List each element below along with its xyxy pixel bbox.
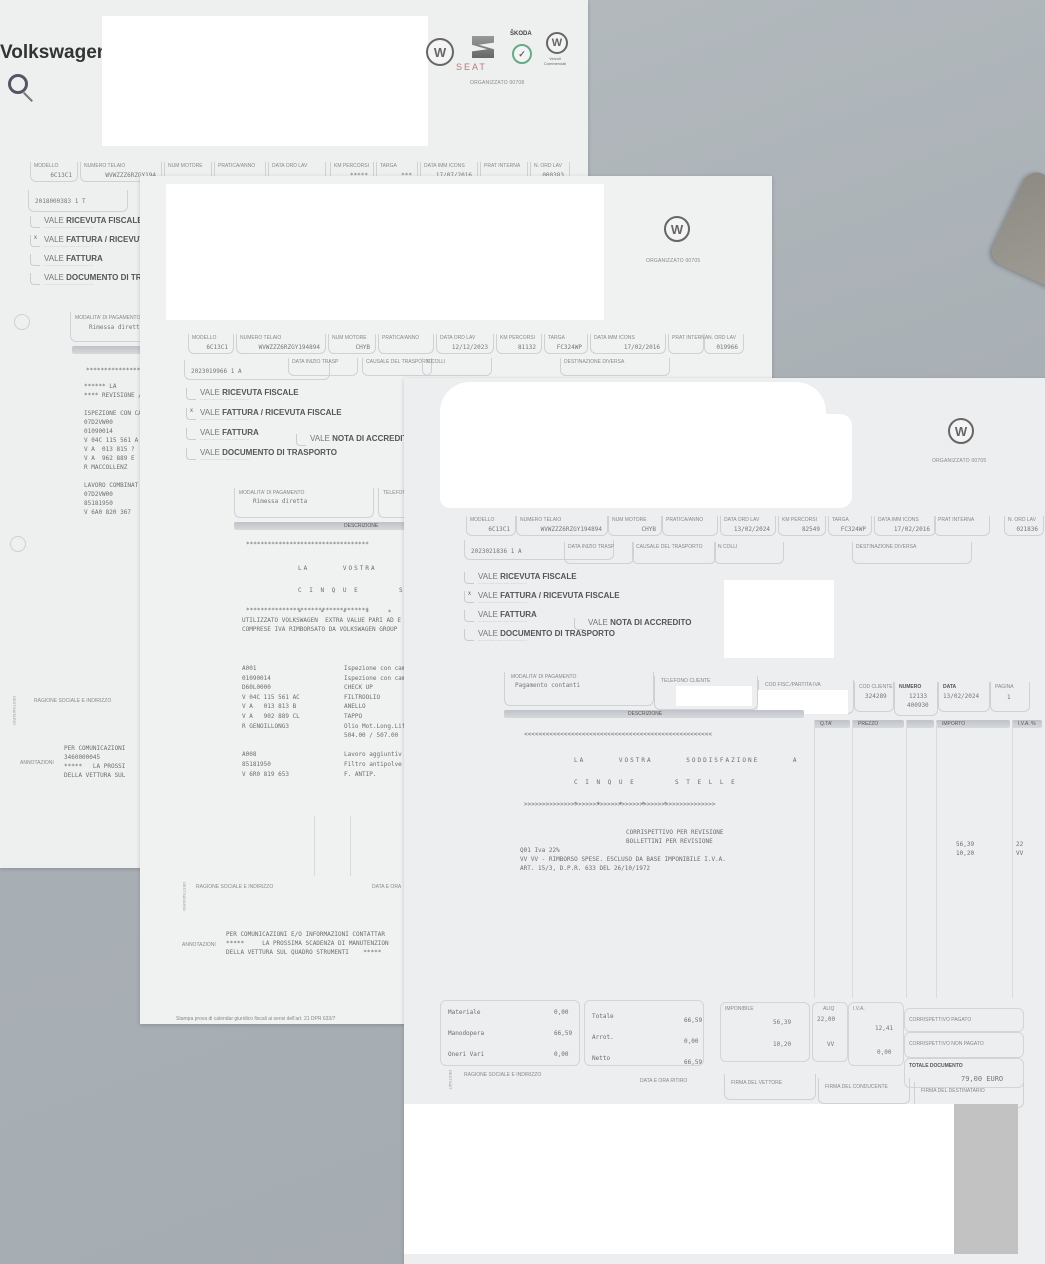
header-field: TARGAFC324WP <box>828 516 872 536</box>
checkbox-fattura-ricevuta-fiscale[interactable]: xVALE FATTURA / RICEVUTA FISCALE········… <box>464 591 620 605</box>
field-value: 13/02/2024 <box>734 526 770 533</box>
checkbox-label: VALE FATTURA / RICEVUTA FISCALE·········… <box>478 591 620 605</box>
field-label: N. ORD LAV <box>534 163 562 169</box>
corrispettivo-pagato-box: CORRISPETTIVO PAGATO <box>904 1008 1024 1032</box>
field-label: NUM MOTORE <box>612 517 647 523</box>
pagina-field: PAGINA 1 <box>990 682 1030 712</box>
header-field: DATA IMM ICONS17/02/2016 <box>590 334 666 354</box>
item-description: Filtro antipolve <box>344 760 402 769</box>
checkbox-box[interactable] <box>186 388 196 400</box>
header-field: PRAT INTERNA <box>934 516 990 536</box>
transport-field: N COLLI <box>714 542 784 564</box>
field-label: KM PERCORSI <box>500 335 535 341</box>
item-code: 85181950 <box>242 760 271 769</box>
checkbox-label: VALE FATTURA····························… <box>44 254 103 268</box>
item-code: 01090014 <box>242 674 271 683</box>
total-label: Oneri Vari <box>448 1050 484 1059</box>
field-label: DESTINAZIONE DIVERSA <box>856 544 916 550</box>
redacted-phone <box>676 686 752 706</box>
field-label: N. ORD LAV <box>1008 517 1036 523</box>
item-iva: 22 <box>1016 840 1023 849</box>
item-code: A008 <box>242 750 256 759</box>
field-label: NUM MOTORE <box>332 335 367 341</box>
checkbox-documento-di-trasporto[interactable]: VALE DOCUMENTO DI TRASPORTO·············… <box>186 448 337 462</box>
invoice-line-item: Q01 Iva 22%56,3922 <box>404 846 1045 855</box>
transport-field: N COLLI <box>422 358 492 376</box>
checkbox-label: VALE FATTURA····························… <box>200 428 259 442</box>
checkbox-box[interactable] <box>464 629 474 641</box>
item-code: V A 013 813 B <box>242 702 296 711</box>
item-description: Q01 Iva 22% <box>520 846 560 855</box>
separator-line: >>>>>>>>>>>>>>>>>>>>>>>>>>>>>>>>>>>>>>>>… <box>524 800 715 809</box>
total-label: Arrot. <box>592 1033 614 1042</box>
signature-field[interactable]: FIRMA DEL VETTORE <box>724 1074 816 1100</box>
redacted-block-grey <box>954 1104 1018 1254</box>
item-iva: VV <box>1016 849 1023 858</box>
field-value: FC324WP <box>841 526 866 533</box>
signature-field[interactable]: FIRMA DEL CONDUCENTE <box>818 1078 910 1104</box>
checkbox-label: VALE FATTURA / RICEVUTA FISCALE·········… <box>200 408 342 422</box>
redacted-block-bottom <box>404 1104 954 1254</box>
total-value: 66,59 <box>684 1016 702 1025</box>
field-value: 021836 <box>1016 526 1038 533</box>
field-value: FC324WP <box>557 344 582 351</box>
item-importo: 56,39 <box>956 840 974 849</box>
field-label: DATA INIZIO TRASP <box>292 359 338 365</box>
checkbox-label: VALE DOCUMENTO DI TRA···················… <box>44 273 147 287</box>
checkbox-box[interactable] <box>30 254 40 266</box>
field-value: 12/12/2023 <box>452 344 488 351</box>
transport-field: CAUSALE DEL TRASPORTO <box>632 542 716 564</box>
item-code: D60L0000 <box>242 683 271 692</box>
transport-field: DATA INIZIO TRASP <box>288 358 358 376</box>
payment-field: MODALITA' DI PAGAMENTO Rimessa diretta <box>234 488 374 518</box>
seat-label: SEAT <box>456 62 487 72</box>
total-label: Materiale <box>448 1008 481 1017</box>
legal-footer: Stampa prova di calendar giuridico fisca… <box>176 1016 335 1022</box>
header-field: DATA IMM ICONS17/02/2016 <box>874 516 936 536</box>
header-field: DATA ORD LAV13/02/2024 <box>720 516 776 536</box>
item-description: Lavoro aggiuntiv <box>344 750 402 759</box>
field-label: MODELLO <box>192 335 216 341</box>
work-lines: ****** LA **** REVISIONE / ISPEZIONE CON… <box>84 382 145 517</box>
field-label: NUMERO TELAIO <box>84 163 125 169</box>
total-value: 0,00 <box>554 1050 568 1059</box>
field-label: KM PERCORSI <box>782 517 817 523</box>
vw-commercial-logo-icon: W <box>546 32 568 54</box>
item-description: Olio Mot.Long.Lif <box>344 722 405 731</box>
separator-line: <<<<<<<<<<<<<<<<<<<<<<<<<<<<<<<<<<<<<<<<… <box>524 730 712 739</box>
service-badge-icon <box>8 74 28 94</box>
checkbox-box[interactable] <box>464 572 474 584</box>
column-header-label: IMPORTO <box>942 721 965 727</box>
checkbox-ricevuta-fiscale[interactable]: VALE RICEVUTA FISCALE···················… <box>186 388 299 402</box>
field-label: MODELLO <box>34 163 58 169</box>
header-field: PRATICA/ANNO <box>662 516 718 536</box>
redacted-dealer-info-2 <box>704 414 852 508</box>
items-header: CORRISPETTIVO PER REVISIONE BOLLETTINI P… <box>626 828 724 846</box>
total-label: Netto <box>592 1054 610 1063</box>
redacted-dealer-info <box>102 16 428 146</box>
field-value: WVWZZZ6RZGY194894 <box>259 344 320 351</box>
annotazioni-label: ANNOTAZIONI <box>20 760 54 766</box>
header-field: MODELLO6C13C1 <box>466 516 516 536</box>
side-label: DESTINATARIO <box>182 882 187 911</box>
field-label: NUMERO TELAIO <box>240 335 281 341</box>
checkbox-box[interactable]: x <box>186 408 196 420</box>
field-value: 6C13C1 <box>488 526 510 533</box>
field-label: PRATICA/ANNO <box>382 335 419 341</box>
annotazioni-text: PER COMUNICAZIONI E/O INFORMAZIONI CONTA… <box>226 930 389 957</box>
field-label: DATA ORD LAV <box>440 335 475 341</box>
payment-field: MODALITA' DI PAGAMENTO Pagamento contant… <box>504 672 654 706</box>
header-field: NUMERO TELAIOWVWZZZ6RZGY194894 <box>516 516 608 536</box>
field-value: 81132 <box>518 344 536 351</box>
item-description: ART. 15/3, D.P.R. 633 DEL 26/10/1972 <box>520 864 650 873</box>
header-field: TARGAFC324WP <box>544 334 588 354</box>
iva-box: I.V.A. 12,41 0,00 <box>848 1002 904 1066</box>
field-value: 17/02/2016 <box>894 526 930 533</box>
cod-cliente-field: COD CLIENTE 324289 <box>854 682 894 712</box>
total-value: 0,00 <box>684 1037 698 1046</box>
header-field: NUM MOTORECHYB <box>608 516 662 536</box>
field-label: KM PERCORSI <box>334 163 369 169</box>
description-header-bar: DESCRIZIONE <box>504 710 804 718</box>
imponibile-box: IMPONIBILE 56,39 10,20 <box>720 1002 810 1062</box>
checkbox-label: VALE DOCUMENTO DI TRASPORTO·············… <box>200 448 337 462</box>
invoice-line-item: VV VV - RIMBORSO SPESE. ESCLUSO DA BASE … <box>404 855 1045 864</box>
total-value: 0,00 <box>554 1008 568 1017</box>
transport-field: DATA INIZIO TRASP <box>564 542 634 564</box>
checkbox-ricevuta-fiscale[interactable]: VALE RICEVUTA FISCALE···················… <box>30 216 143 230</box>
desk-object <box>988 168 1045 292</box>
field-value: CHYB <box>356 344 370 351</box>
signature-label: FIRMA DEL CONDUCENTE <box>825 1084 888 1090</box>
header-field: MODELLO6C13C1 <box>188 334 234 354</box>
header-field: DATA ORD LAV12/12/2023 <box>436 334 494 354</box>
field-label: DATA IMM ICONS <box>424 163 465 169</box>
column-header: Q.TA' <box>814 720 850 728</box>
field-value: 6C13C1 <box>50 172 72 179</box>
item-description: Ispezione con cam <box>344 664 405 673</box>
vw-logo-icon: W <box>426 38 454 66</box>
field-label: PRATICA/ANNO <box>218 163 255 169</box>
field-label: MODELLO <box>470 517 494 523</box>
transport-field: DESTINAZIONE DIVERSA <box>852 542 972 564</box>
column-header: DESCRIZIONE <box>628 711 662 717</box>
side-label: DESTINAT <box>448 1070 453 1089</box>
header-field: NUMERO TELAIOWVWZZZ6RZGY194894 <box>236 334 326 354</box>
separator-line: ********************************** <box>246 606 369 615</box>
skoda-label: ŠKODA <box>510 31 532 37</box>
field-label: PRAT INTERNA <box>938 517 974 523</box>
field-value: 019966 <box>716 344 738 351</box>
field-label: TARGA <box>380 163 397 169</box>
header-field: PRATICA/ANNO <box>378 334 434 354</box>
field-label: PRAT INTERNA <box>484 163 520 169</box>
field-value: CHYB <box>642 526 656 533</box>
annotazioni-text: PER COMUNICAZIONI 3460000045 ***** LA PR… <box>64 744 125 780</box>
field-label: PRAT INTERNA <box>672 335 708 341</box>
organizzato-label: ORGANIZZATO 00705 <box>932 458 986 464</box>
header-field: NUM MOTORECHYB <box>328 334 376 354</box>
promo-text: UTILIZZATO VOLKSWAGEN EXTRA VALUE PARI A… <box>242 616 401 634</box>
field-label: NUMERO TELAIO <box>520 517 561 523</box>
field-value: 17/02/2016 <box>624 344 660 351</box>
organizzato-label: ORGANIZZATO 00708 <box>470 80 524 86</box>
ragione-label: RAGIONE SOCIALE E INDIRIZZO <box>464 1072 541 1078</box>
item-description: FILTROOLIO <box>344 693 380 702</box>
item-code: V 04C 115 561 AC <box>242 693 300 702</box>
punch-hole <box>14 314 30 330</box>
header-field: PRAT INTERNA <box>668 334 704 354</box>
field-label: DATA ORD LAV <box>272 163 307 169</box>
header-field: N. ORD LAV019966 <box>704 334 744 354</box>
numero-field: NUMERO 12133 400930 <box>894 682 938 716</box>
seat-logo-icon <box>472 36 494 58</box>
field-label: DESTINAZIONE DIVERSA <box>564 359 624 365</box>
checkbox-label: VALE DOCUMENTO DI TRASPORTO·············… <box>478 629 615 643</box>
item-importo: 10,20 <box>956 849 974 858</box>
checkbox-box[interactable] <box>30 216 40 228</box>
column-header-label: PREZZO <box>858 721 878 727</box>
transport-field: DESTINAZIONE DIVERSA <box>560 358 670 376</box>
checkbox-box[interactable]: x <box>464 591 474 603</box>
vw-logo-icon: W <box>664 216 690 242</box>
field-label: DATA IMM ICONS <box>878 517 919 523</box>
checkbox-label: VALE FATTURA····························… <box>478 610 537 624</box>
checkbox-fattura-ricevuta[interactable]: xVALE FATTURA / RICEVUTA················… <box>30 235 150 249</box>
signature-label: FIRMA DEL VETTORE <box>731 1080 782 1086</box>
header-field: KM PERCORSI82549 <box>778 516 826 536</box>
checkbox-fattura[interactable]: VALE FATTURA····························… <box>464 610 537 624</box>
signature-label: FIRMA DEL DESTINATARIO <box>921 1088 985 1094</box>
organizzato-label: ORGANIZZATO 00705 <box>646 258 700 264</box>
item-description: VV VV - RIMBORSO SPESE. ESCLUSO DA BASE … <box>520 855 726 864</box>
checkbox-label: VALE RICEVUTA FISCALE···················… <box>44 216 143 230</box>
checkbox-label: VALE RICEVUTA FISCALE···················… <box>200 388 299 402</box>
checkbox-documento-di-trasporto[interactable]: VALE DOCUMENTO DI TRASPORTO·············… <box>464 629 615 643</box>
brand-name: Volkswagen <box>0 42 108 64</box>
field-label: CAUSALE DEL TRASPORTO <box>636 544 703 550</box>
checkbox-fattura-ricevuta-fiscale[interactable]: xVALE FATTURA / RICEVUTA FISCALE········… <box>186 408 342 422</box>
annotazioni-label: ANNOTAZIONI <box>182 942 216 948</box>
column-header-label: I.V.A. % <box>1018 721 1036 727</box>
header-field: MODELLO6C13C1 <box>30 162 78 182</box>
checkbox-label: VALE FATTURA / RICEVUTA·················… <box>44 235 150 249</box>
corrispettivo-non-pagato-box: CORRISPETTIVO NON PAGATO <box>904 1032 1024 1058</box>
item-description: 504.00 / 507.00 <box>344 731 398 740</box>
invoice-line-item: ART. 15/3, D.P.R. 633 DEL 26/10/1972 <box>404 864 1045 873</box>
checkbox-fattura[interactable]: VALE FATTURA····························… <box>186 428 259 442</box>
skoda-logo-icon: ✓ <box>512 44 532 64</box>
item-code: V A 902 889 CL <box>242 712 300 721</box>
invoice-sheet-front: W ORGANIZZATO 00705 MODELLO6C13C1NUMERO … <box>404 378 1045 1264</box>
checkbox-fattura[interactable]: VALE FATTURA····························… <box>30 254 103 268</box>
vw-commercial-label: Veicoli Commerciali <box>540 56 570 66</box>
header-field: N. ORD LAV021836 <box>1004 516 1044 536</box>
checkbox-nota-accredito[interactable]: VALE NOTA DI ACCREDITO <box>574 618 691 630</box>
punch-hole <box>10 536 26 552</box>
separator-line: ********************************** <box>246 540 369 549</box>
field-value: 82549 <box>802 526 820 533</box>
item-code: A001 <box>242 664 256 673</box>
column-header: IMPORTO <box>936 720 1010 728</box>
redacted-dealer-info <box>166 184 604 320</box>
item-code: V 6R0 819 653 <box>242 770 289 779</box>
field-label: DATA IMM ICONS <box>594 335 635 341</box>
total-label: Manodopera <box>448 1029 484 1038</box>
field-label: NUM MOTORE <box>168 163 203 169</box>
field-label: TARGA <box>548 335 565 341</box>
checkbox-ricevuta-fiscale[interactable]: VALE RICEVUTA FISCALE···················… <box>464 572 577 586</box>
ragione-label: RAGIONE SOCIALE E INDIRIZZO <box>34 698 111 704</box>
field-label: DATA ORD LAV <box>724 517 759 523</box>
field-label: N COLLI <box>718 544 737 550</box>
header-field: KM PERCORSI81132 <box>496 334 542 354</box>
ritiro-label: DATA E ORA RITIRO <box>640 1078 687 1084</box>
column-header <box>906 720 934 728</box>
data-field: DATA 13/02/2024 <box>938 682 990 712</box>
checkbox-box[interactable]: x <box>30 235 40 247</box>
checkbox-box[interactable] <box>464 610 474 622</box>
doc-ref-field: 2018000383 1 T <box>28 190 128 212</box>
field-label: N COLLI <box>426 359 445 365</box>
field-label: N. ORD LAV <box>708 335 736 341</box>
field-label: TARGA <box>832 517 849 523</box>
item-description: TAPPO <box>344 712 362 721</box>
item-description: CHECK UP <box>344 683 373 692</box>
column-header: I.V.A. % <box>1012 720 1042 728</box>
aliquota-box: ALIQ 22,00 VV <box>812 1002 848 1062</box>
vw-logo-icon: W <box>948 418 974 444</box>
field-value: WVWZZZ6RZGY194894 <box>541 526 602 533</box>
item-description: ANELLO <box>344 702 366 711</box>
checkbox-box[interactable] <box>186 448 196 460</box>
item-code: R GENOILLONG3 <box>242 722 289 731</box>
total-value: 66,59 <box>554 1029 572 1038</box>
item-description: F. ANTIP. <box>344 770 377 779</box>
field-label: PRATICA/ANNO <box>666 517 703 523</box>
checkbox-box[interactable] <box>186 428 196 440</box>
field-label: DATA INIZIO TRASP <box>568 544 614 550</box>
checkbox-box[interactable] <box>30 273 40 285</box>
data-ora-label: DATA E ORA <box>372 884 401 890</box>
redacted-block <box>724 580 834 658</box>
ragione-label: RAGIONE SOCIALE E INDIRIZZO <box>196 884 273 890</box>
badge-ribbon <box>23 92 33 102</box>
side-label: DESTINATARIO <box>12 696 17 725</box>
column-header-label: Q.TA' <box>820 721 832 727</box>
total-value: 66,59 <box>684 1058 702 1067</box>
item-description: Ispezione con cam <box>344 674 405 683</box>
checkbox-documento-di-tra[interactable]: VALE DOCUMENTO DI TRA···················… <box>30 273 147 287</box>
field-value: 6C13C1 <box>206 344 228 351</box>
checkbox-label: VALE RICEVUTA FISCALE···················… <box>478 572 577 586</box>
total-label: Totale <box>592 1012 614 1021</box>
column-header: PREZZO <box>852 720 904 728</box>
checkbox-nota-accredito[interactable]: VALE NOTA DI ACCREDITO <box>296 434 413 446</box>
